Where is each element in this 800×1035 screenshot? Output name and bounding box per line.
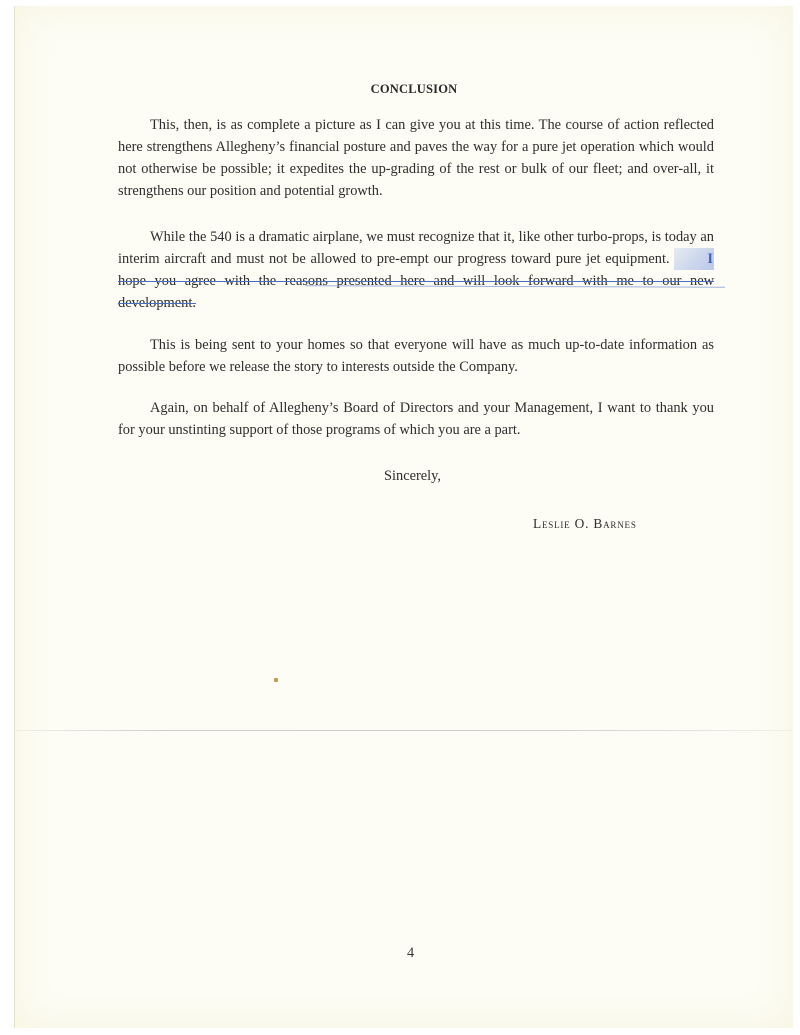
paragraph-3-text: This is being sent to your homes so that… — [118, 337, 714, 375]
page-number: 4 — [407, 945, 414, 962]
paragraph-1: This, then, is as complete a picture as … — [118, 114, 714, 202]
section-heading: CONCLUSION — [0, 82, 800, 97]
closing-salutation: Sincerely, — [384, 468, 441, 485]
handwritten-scribble-mark: I — [674, 248, 714, 270]
paragraph-3: This is being sent to your homes so that… — [118, 334, 714, 378]
paragraph-4: Again, on behalf of Allegheny’s Board of… — [118, 397, 714, 441]
paragraph-1-text: This, then, is as complete a picture as … — [118, 117, 714, 199]
paragraph-2: While the 540 is a dramatic airplane, we… — [118, 226, 714, 314]
paragraph-4-text: Again, on behalf of Allegheny’s Board of… — [118, 400, 714, 438]
struck-through-sentence: hope you agree with the reasons presente… — [118, 273, 714, 311]
signature-name: Leslie O. Barnes — [533, 516, 637, 532]
paper-speck — [274, 678, 278, 682]
paragraph-2-text: While the 540 is a dramatic airplane, we… — [118, 229, 714, 267]
paper-fold-line — [14, 730, 792, 731]
